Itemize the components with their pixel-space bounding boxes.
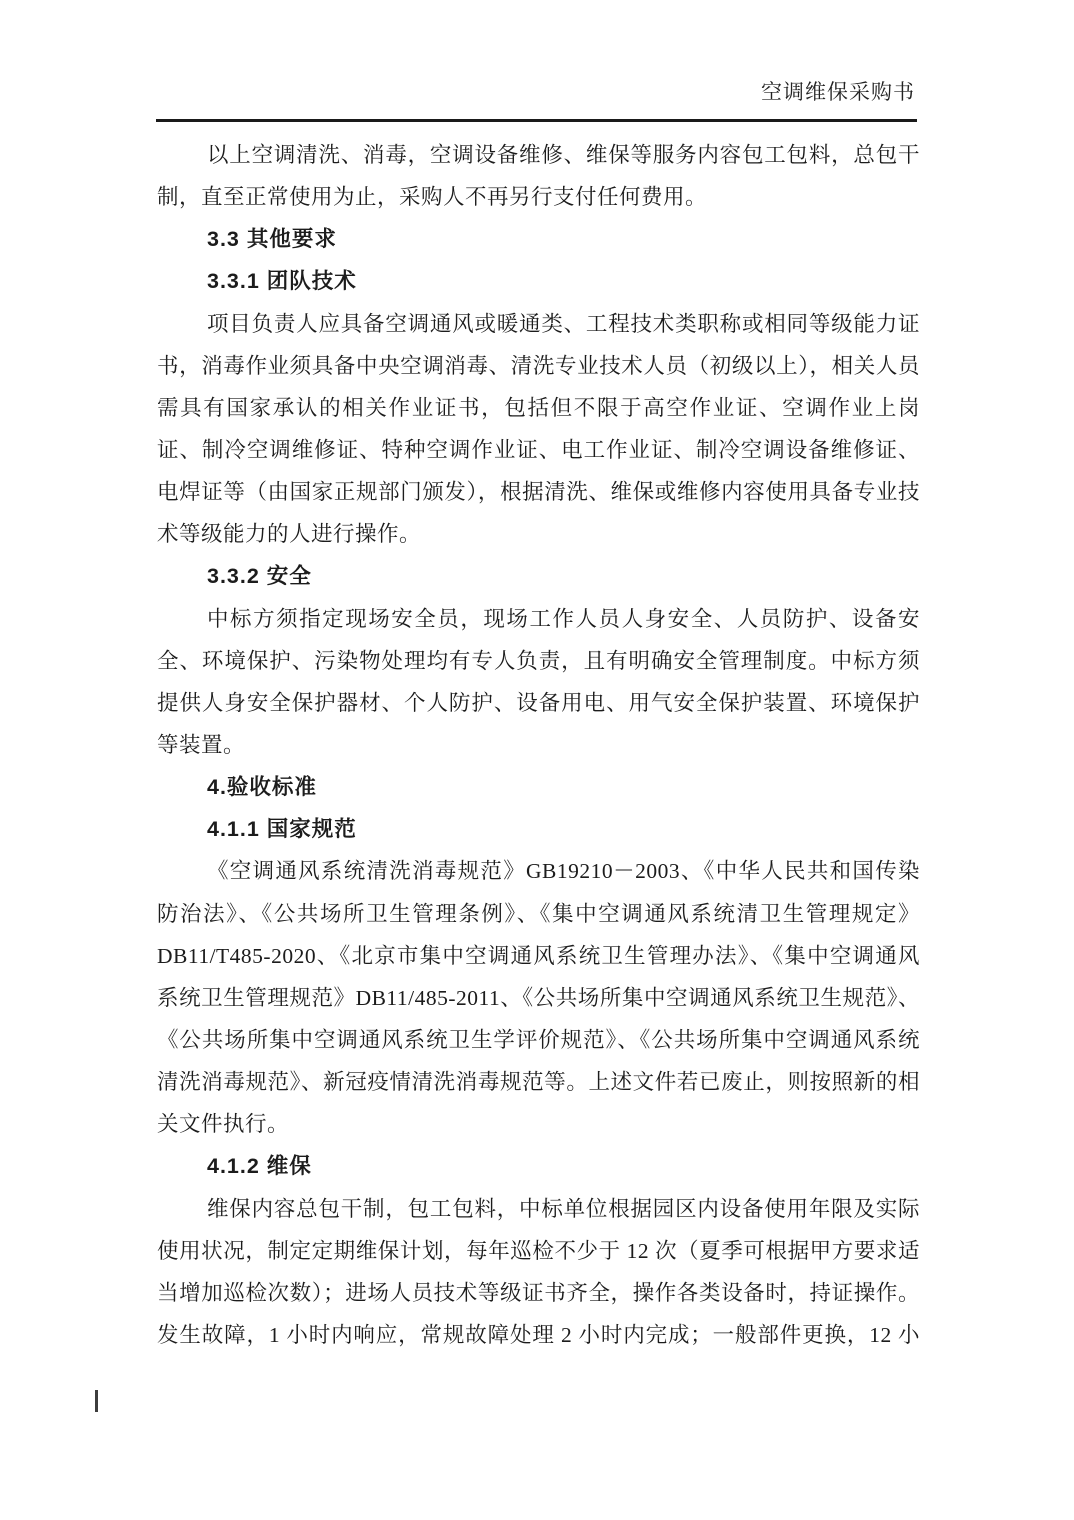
text-line: 中标方须指定现场安全员，现场工作人员人身安全、人员防护、设备安 <box>157 598 920 640</box>
heading-3-3: 3.3 其他要求 <box>157 218 920 260</box>
page-header-title: 空调维保采购书 <box>761 76 915 106</box>
text-line: 发生故障，1 小时内响应，常规故障处理 2 小时内完成；一般部件更换，12 小时 <box>157 1314 920 1356</box>
text-line: 系统卫生管理规范》DB11/485-2011、《公共场所集中空调通风系统卫生规范… <box>157 977 920 1019</box>
text-line: 全、环境保护、污染物处理均有专人负责，且有明确安全管理制度。中标方须 <box>157 640 920 682</box>
text-line: 需具有国家承认的相关作业证书，包括但不限于高空作业证、空调作业上岗 <box>157 387 920 429</box>
text-line: 提供人身安全保护器材、个人防护、设备用电、用气安全保护装置、环境保护 <box>157 682 920 724</box>
heading-3-3-2: 3.3.2 安全 <box>157 555 920 597</box>
document-body: 以上空调清洗、消毒，空调设备维修、维保等服务内容包工包料，总包干 制，直至正常使… <box>157 134 920 1356</box>
heading-4-1-1: 4.1.1 国家规范 <box>157 808 920 850</box>
text-line: 清洗消毒规范》、新冠疫情清洗消毒规范等。上述文件若已废止，则按照新的相 <box>157 1061 920 1103</box>
text-line: 项目负责人应具备空调通风或暖通类、工程技术类职称或相同等级能力证 <box>157 303 920 345</box>
text-line: 以上空调清洗、消毒，空调设备维修、维保等服务内容包工包料，总包干 <box>157 134 920 176</box>
text-line: 维保内容总包干制，包工包料，中标单位根据园区内设备使用年限及实际 <box>157 1188 920 1230</box>
text-line: 证、制冷空调维修证、特种空调作业证、电工作业证、制冷空调设备维修证、 <box>157 429 920 471</box>
text-line: 《空调通风系统清洗消毒规范》GB19210－2003、《中华人民共和国传染病 <box>157 850 920 892</box>
text-line: 制，直至正常使用为止，采购人不再另行支付任何费用。 <box>157 176 920 218</box>
document-page: 空调维保采购书 以上空调清洗、消毒，空调设备维修、维保等服务内容包工包料，总包干… <box>0 0 1074 1520</box>
text-line: 术等级能力的人进行操作。 <box>157 513 920 555</box>
text-line: 使用状况，制定定期维保计划，每年巡检不少于 12 次（夏季可根据甲方要求适 <box>157 1230 920 1272</box>
heading-4: 4.验收标准 <box>157 766 920 808</box>
text-line: 当增加巡检次数）；进场人员技术等级证书齐全，操作各类设备时，持证操作。 <box>157 1272 920 1314</box>
heading-3-3-1: 3.3.1 团队技术 <box>157 260 920 302</box>
heading-4-1-2: 4.1.2 维保 <box>157 1145 920 1187</box>
text-cursor-mark <box>95 1390 98 1412</box>
text-line: 防治法》、《公共场所卫生管理条例》、《集中空调通风系统清卫生管理规定》 <box>157 893 920 935</box>
text-line: 《公共场所集中空调通风系统卫生学评价规范》、《公共场所集中空调通风系统 <box>157 1019 920 1061</box>
text-line: 书，消毒作业须具备中央空调消毒、清洗专业技术人员（初级以上），相关人员 <box>157 345 920 387</box>
header-rule <box>156 119 917 122</box>
text-line: 电焊证等（由国家正规部门颁发），根据清洗、维保或维修内容使用具备专业技 <box>157 471 920 513</box>
text-line: 等装置。 <box>157 724 920 766</box>
text-line: 关文件执行。 <box>157 1103 920 1145</box>
text-line: DB11/T485-2020、《北京市集中空调通风系统卫生管理办法》、《集中空调… <box>157 935 920 977</box>
